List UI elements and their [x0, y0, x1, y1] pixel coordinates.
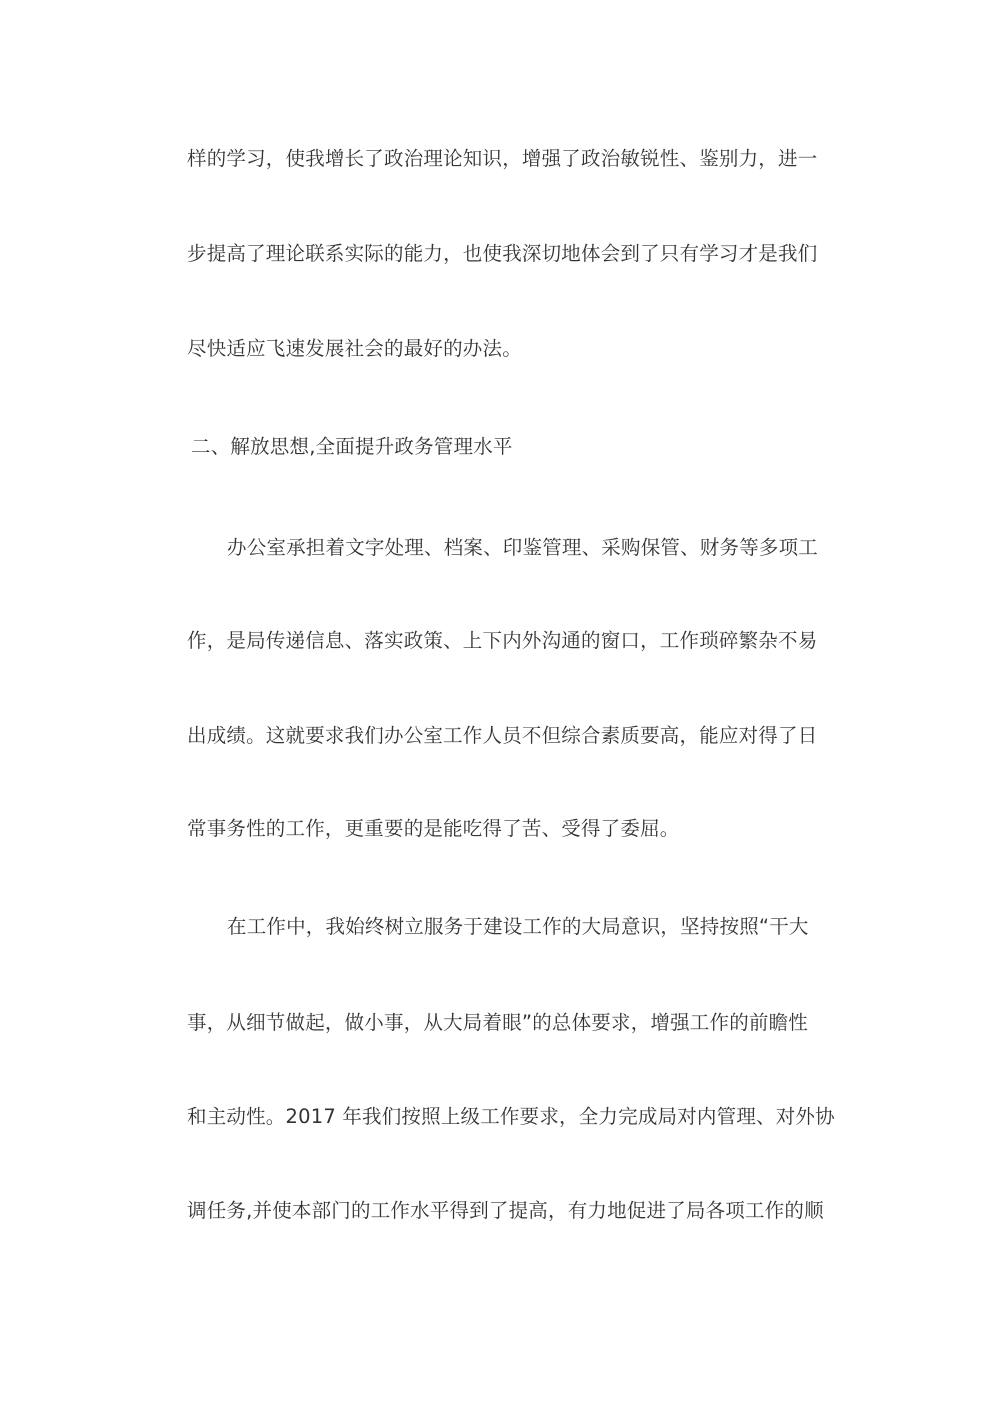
paragraph-2-line-2: 作，是局传递信息、落实政策、上下内外沟通的窗口，工作琐碎繁杂不易 — [187, 628, 852, 654]
paragraph-1-line-1: 样的学习，使我增长了政治理论知识，增强了政治敏锐性、鉴别力，进一 — [187, 146, 852, 172]
document-page: 样的学习，使我增长了政治理论知识，增强了政治敏锐性、鉴别力，进一 步提高了理论联… — [0, 0, 1000, 1415]
paragraph-1-line-2: 步提高了理论联系实际的能力，也使我深切地体会到了只有学习才是我们 — [187, 241, 852, 267]
paragraph-2-line-1: 办公室承担着文字处理、档案、印鉴管理、采购保管、财务等多项工 — [227, 535, 852, 561]
paragraph-2-line-4: 常事务性的工作，更重要的是能吃得了苦、受得了委屈。 — [187, 816, 852, 842]
paragraph-3-line-3: 和主动性。2017 年我们按照上级工作要求，全力完成局对内管理、对外协 — [187, 1104, 852, 1130]
paragraph-1-line-3: 尽快适应飞速发展社会的最好的办法。 — [187, 336, 852, 362]
paragraph-2-line-3: 出成绩。这就要求我们办公室工作人员不但综合素质要高，能应对得了日 — [187, 723, 852, 749]
paragraph-3-line-2: 事，从细节做起，做小事，从大局着眼”的总体要求，增强工作的前瞻性 — [187, 1010, 852, 1036]
paragraph-3-line-1: 在工作中，我始终树立服务于建设工作的大局意识，坚持按照“干大 — [227, 914, 852, 940]
paragraph-3-line-4: 调任务,并使本部门的工作水平得到了提高，有力地促进了局各项工作的顺 — [187, 1198, 852, 1224]
section-heading: 二、解放思想,全面提升政务管理水平 — [191, 434, 856, 460]
